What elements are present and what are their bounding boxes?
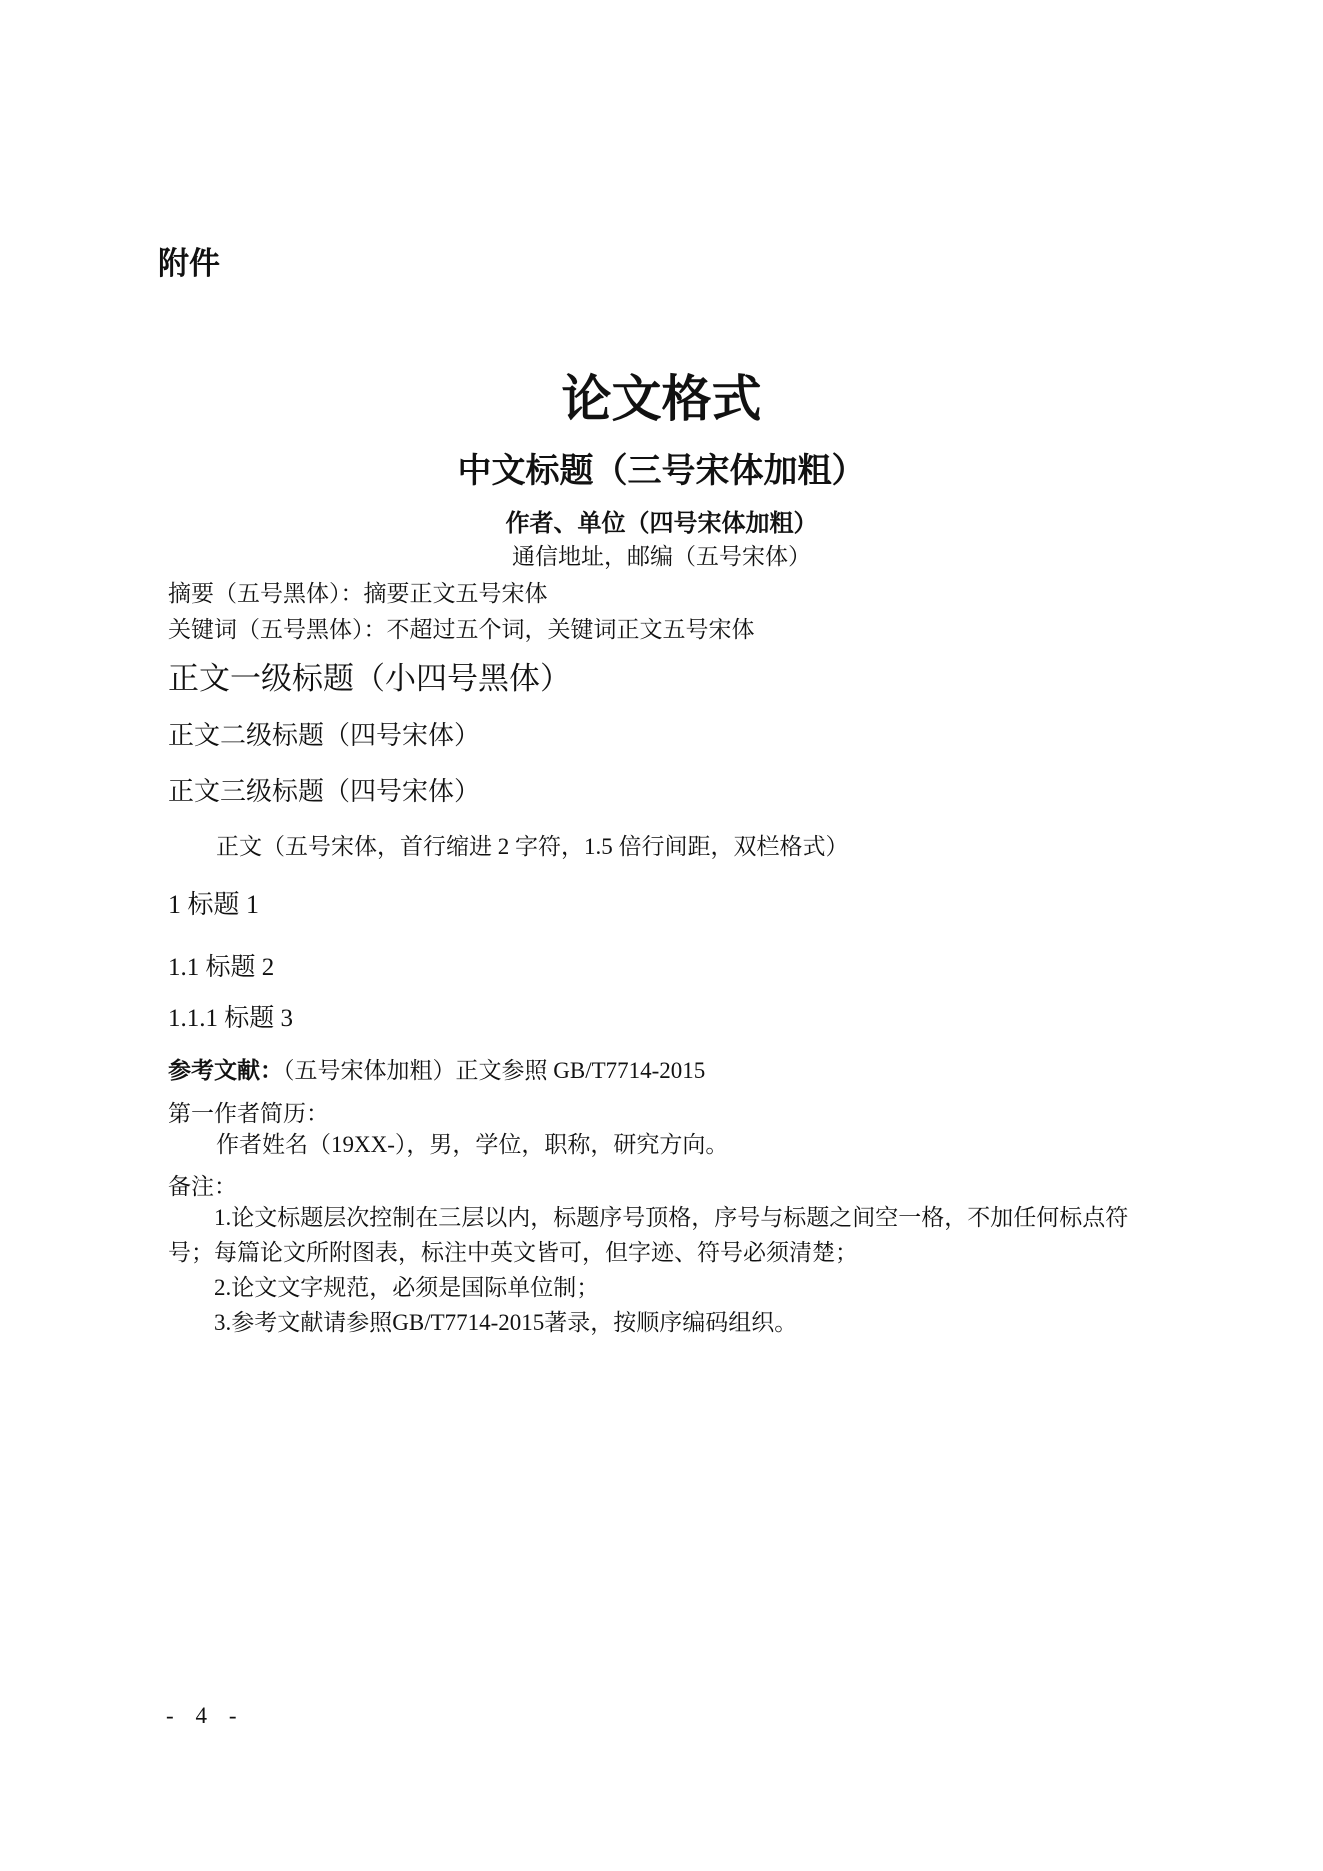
address-line: 通信地址，邮编（五号宋体） (0, 543, 1323, 572)
references-text: （五号宋体加粗）正文参照 GB/T7714-2015 (283, 1058, 705, 1083)
remarks-list: 1.论文标题层次控制在三层以内，标题序号顶格，序号与标题之间空一格，不加任何标点… (168, 1200, 1140, 1340)
page-number: - 4 - (166, 1702, 245, 1731)
sample-heading-level3: 1.1.1 标题 3 (168, 1003, 293, 1034)
sample-heading-level2: 1.1 标题 2 (168, 952, 274, 983)
abstract-format-line: 摘要（五号黑体）：摘要正文五号宋体 (168, 580, 548, 609)
chinese-title-line: 中文标题（三号宋体加粗） (0, 451, 1323, 494)
keywords-format-line: 关键词（五号黑体）：不超过五个词，关键词正文五号宋体 (168, 616, 755, 645)
remarks-heading: 备注： (168, 1173, 237, 1202)
body-heading2-format: 正文二级标题（四号宋体） (168, 720, 480, 753)
document-page: 附件 论文格式 中文标题（三号宋体加粗） 作者、单位（四号宋体加粗） 通信地址，… (0, 0, 1323, 1871)
remark-item-2: 2.论文文字规范，必须是国际单位制； (168, 1270, 1140, 1305)
body-heading3-format: 正文三级标题（四号宋体） (168, 776, 480, 809)
author-bio-content: 作者姓名（19XX-），男，学位，职称，研究方向。 (216, 1131, 728, 1160)
remark-item-3: 3.参考文献请参照GB/T7714-2015著录，按顺序编码组织。 (168, 1305, 1140, 1340)
author-bio-heading: 第一作者简历： (168, 1100, 329, 1129)
remark-item-1: 1.论文标题层次控制在三层以内，标题序号顶格，序号与标题之间空一格，不加任何标点… (168, 1200, 1140, 1270)
references-label: 参考文献： (168, 1058, 283, 1083)
body-heading1-format: 正文一级标题（小四号黑体） (168, 660, 571, 699)
body-text-format: 正文（五号宋体，首行缩进 2 字符，1.5 倍行间距，双栏格式） (216, 833, 849, 862)
authors-line: 作者、单位（四号宋体加粗） (0, 509, 1323, 539)
references-line: 参考文献：（五号宋体加粗）正文参照 GB/T7714-2015 (168, 1057, 705, 1086)
attachment-label: 附件 (158, 245, 220, 284)
sample-heading-level1: 1 标题 1 (168, 889, 259, 922)
main-title: 论文格式 (0, 368, 1323, 431)
